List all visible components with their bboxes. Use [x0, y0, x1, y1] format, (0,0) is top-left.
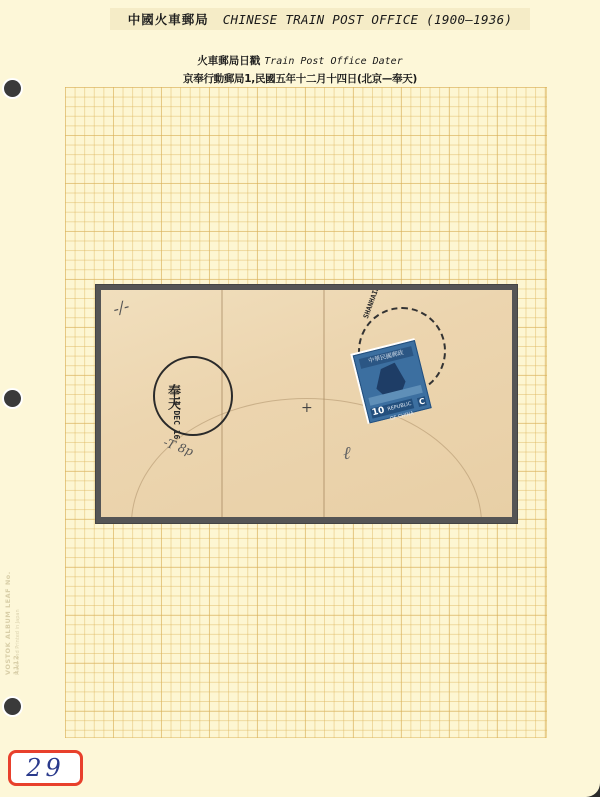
page-number: 29 [26, 754, 65, 782]
binder-hole-top [4, 80, 21, 97]
subtitle-dater: 火車郵局日戳Train Post Office Dater [150, 53, 450, 68]
postmark-city: SHANHAIKUAN [362, 290, 385, 320]
envelope-back: 奉天 14 DEC 16 SHANHAIKUAN 中華民國郵政 10 REPUB… [101, 290, 512, 517]
album-page: 中國火車郵局 CHINESE TRAIN POST OFFICE (1900—1… [0, 0, 600, 797]
page-number-label: 29 [8, 750, 83, 786]
page-title: 中國火車郵局 CHINESE TRAIN POST OFFICE (1900—1… [110, 8, 530, 30]
pencil-note: -/- [111, 296, 132, 319]
pencil-note: + [301, 400, 313, 416]
subtitle-dater-english: Train Post Office Dater [264, 56, 402, 67]
postmark-date: 14 DEC 16 [172, 396, 181, 439]
album-leaf-imprint-sub: Made and Printed in Japan [15, 555, 25, 675]
stamp-value-right: C [417, 396, 427, 407]
subtitle-route: 京奉行動郵局1,民國五年十二月十四日(北京—奉天) [150, 71, 450, 86]
pencil-note: ℓ [343, 443, 351, 464]
stamp-value: 10 [370, 405, 387, 418]
title-english: CHINESE TRAIN POST OFFICE (1900—1936) [223, 12, 513, 27]
title-cjk: 中國火車郵局 [128, 10, 209, 28]
subtitle-dater-cjk: 火車郵局日戳 [197, 55, 260, 67]
binder-hole-bottom [4, 698, 21, 715]
stamp-header: 中華民國郵政 [359, 346, 414, 369]
cover-mount: 奉天 14 DEC 16 SHANHAIKUAN 中華民國郵政 10 REPUB… [95, 284, 518, 524]
postmark-moukden: 奉天 14 DEC 16 [153, 356, 233, 436]
binder-hole-middle [4, 390, 21, 407]
